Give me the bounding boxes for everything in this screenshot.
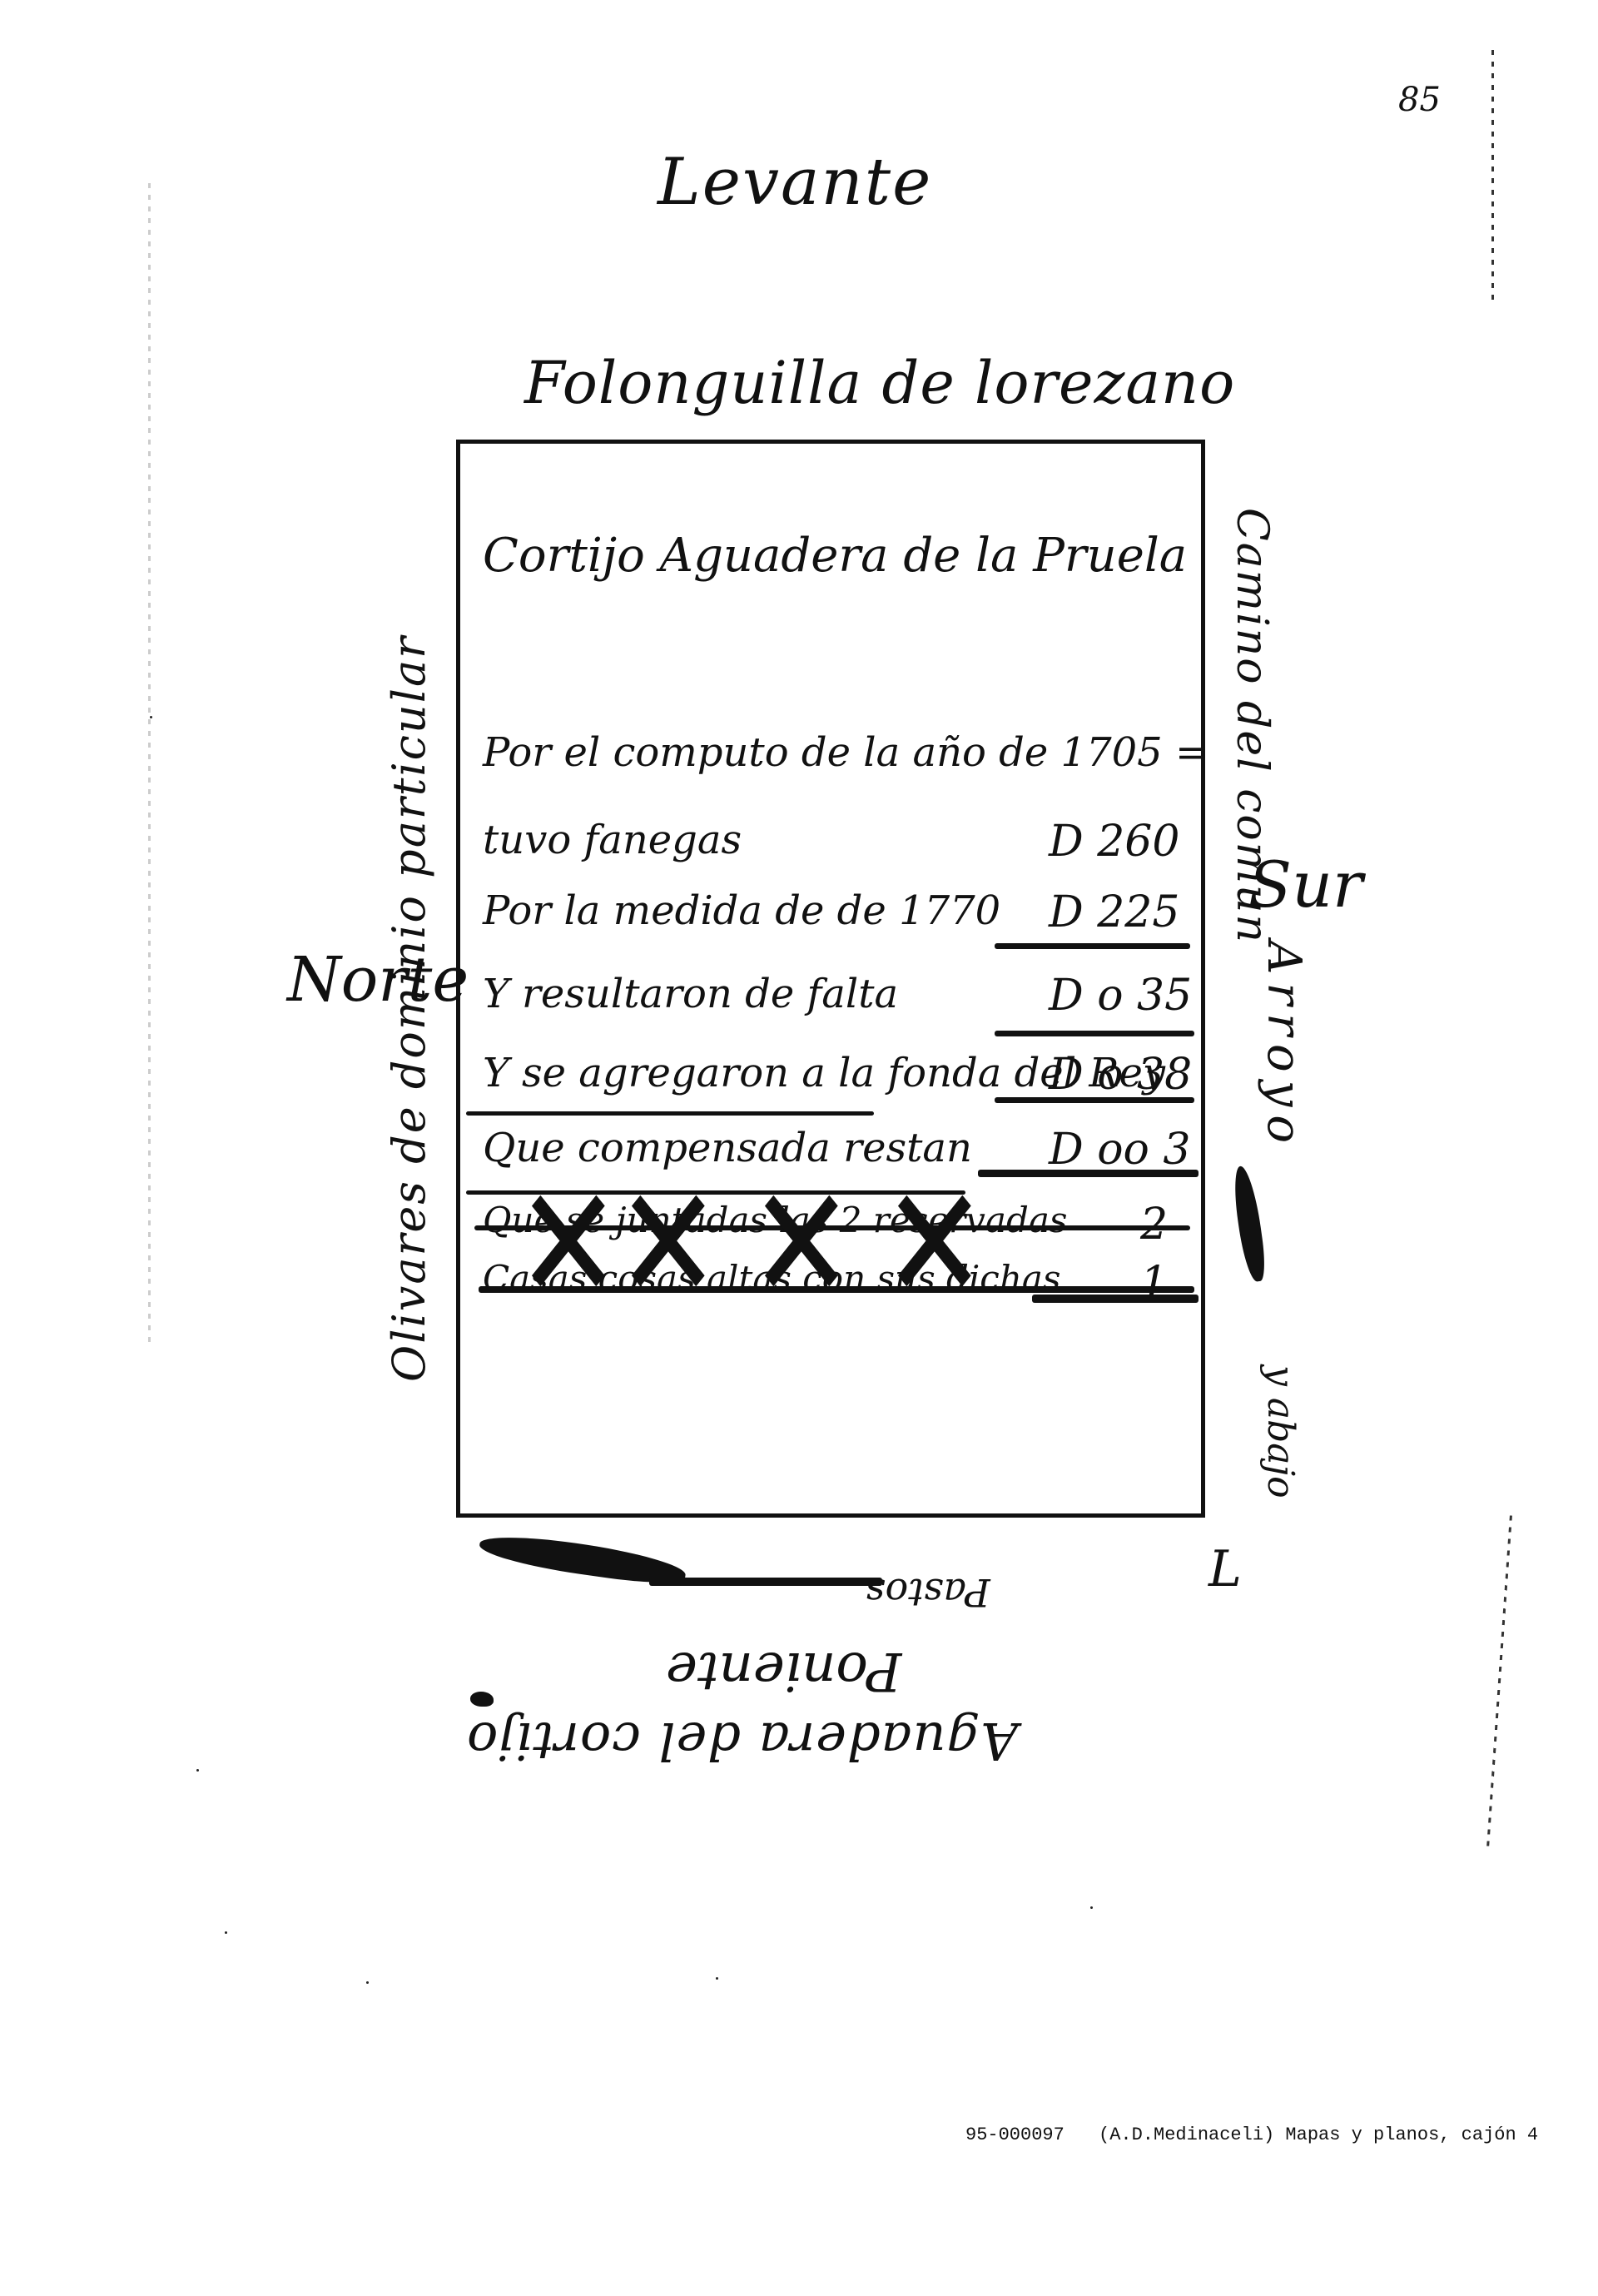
left-margin-note: Olivares de dominio particular — [387, 635, 432, 1382]
compass-east-label: Levante — [658, 150, 932, 215]
scan-speck — [366, 1981, 369, 1984]
scanned-document-page: 85 Levante Folonguilla de lorezano Corti… — [0, 0, 1598, 2296]
scan-edge-right — [1486, 1515, 1512, 1847]
archive-reference: (A.D.Medinaceli) Mapas y planos, cajón 4 — [1099, 2125, 1538, 2145]
ledger-row-label: tuvo fanegas — [483, 820, 742, 860]
ledger-underline — [466, 1111, 874, 1116]
bottom-margin-note: Aguadera del cortijo — [466, 1715, 1018, 1767]
ledger-row-value: D o 35 — [1049, 974, 1192, 1017]
south-margin-note: Arroyo — [1260, 941, 1307, 1151]
cross-out-mark: ✕ — [616, 1166, 721, 1323]
plot-title: Folonguilla de lorezano — [524, 354, 1235, 412]
ledger-sum-rule — [995, 1031, 1194, 1036]
scan-speck — [225, 1931, 227, 1934]
ledger-row-label: Y resultaron de falta — [483, 974, 898, 1014]
scan-speck — [196, 1769, 199, 1772]
ledger-row-value: D o 38 — [1049, 1053, 1192, 1096]
ledger-row-value: D 260 — [1049, 820, 1179, 863]
strike-line — [649, 1578, 882, 1586]
archive-id: 95-000097 — [965, 2125, 1065, 2145]
folio-number: 85 — [1398, 83, 1441, 117]
south-margin-subnote: y abajo — [1262, 1365, 1298, 1498]
cross-out-mark: ✕ — [516, 1166, 621, 1323]
corner-mark: L — [1208, 1544, 1242, 1594]
ledger-row-value: D 225 — [1049, 891, 1179, 934]
ledger-sum-rule — [995, 1097, 1194, 1103]
cross-out-mark: ✕ — [749, 1166, 854, 1323]
strike-line — [1032, 1295, 1198, 1303]
compass-north-label: Norte — [287, 949, 469, 1011]
ink-blot — [470, 1692, 494, 1707]
ink-blot — [1230, 1165, 1268, 1283]
compass-west-label: Poniente — [666, 1644, 901, 1697]
compass-south-label: Sur — [1248, 853, 1362, 917]
scan-edge-left — [148, 183, 151, 1349]
ledger-heading-text: Cortijo Aguadera de la Pruela — [483, 533, 1187, 579]
ledger-row-value: 2 — [1140, 1203, 1168, 1246]
ledger-sum-rule — [978, 1170, 1198, 1177]
cross-out-mark: ✕ — [882, 1166, 987, 1323]
ledger-sum-rule — [995, 943, 1190, 949]
ledger-row-label: Por el computo de la año de 1705 = — [483, 733, 1208, 773]
scan-edge-right — [1491, 50, 1494, 300]
scan-speck — [150, 716, 152, 718]
ledger-row-value: D oo 3 — [1049, 1128, 1190, 1171]
ledger-row-label: Por la medida de de 1770 — [483, 891, 1000, 931]
bottom-struck-word: Pastos — [866, 1573, 990, 1612]
scan-speck — [716, 1977, 718, 1980]
scan-speck — [1090, 1906, 1093, 1909]
